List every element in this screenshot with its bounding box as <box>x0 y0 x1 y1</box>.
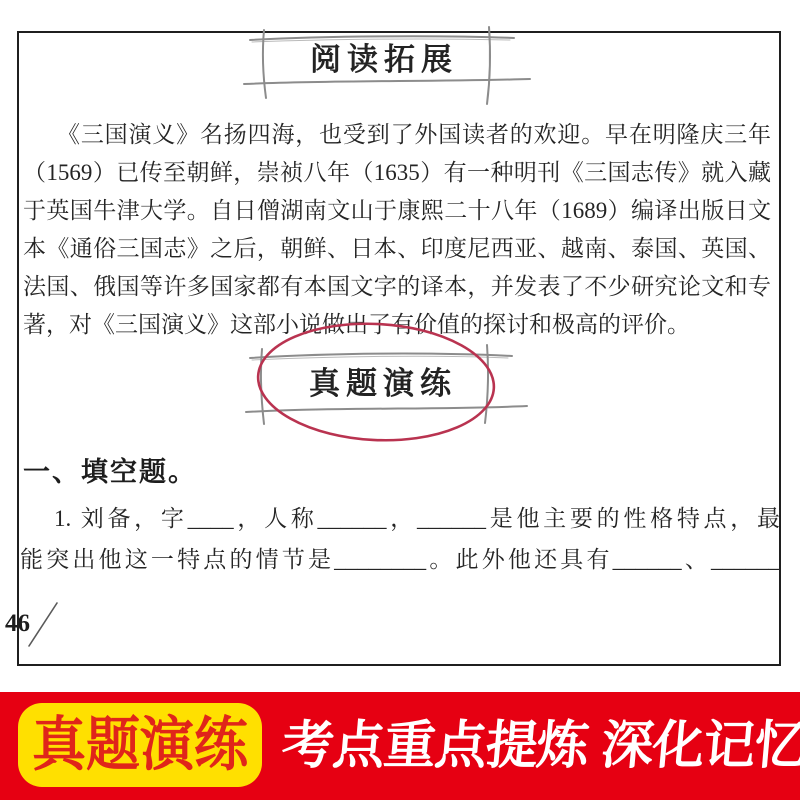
paragraph-line: （1569）已传至朝鲜，崇祯八年（1635）有一种明刊《三国志传》就入藏 <box>23 154 771 192</box>
reading-expansion-title: 阅读拓展 <box>304 44 458 75</box>
paragraph-line: 著，对《三国演义》这部小说做出了有价值的探讨和极高的评价。 <box>23 306 771 344</box>
paragraph-line: 《三国演义》名扬四海，也受到了外国读者的欢迎。早在明隆庆三年 <box>23 116 771 154</box>
exam-practice-title: 真题演练 <box>303 368 457 399</box>
banner-headline: 考点重点提炼 深化记忆 <box>277 692 786 800</box>
exam-practice-title-box: 真题演练 <box>260 356 500 410</box>
paragraph-line: 法国、俄国等许多国家都有本国文字的译本，并发表了不少研究论文和专 <box>23 268 771 306</box>
reading-expansion-title-box: 阅读拓展 <box>258 34 504 84</box>
banner-badge: 真题演练 <box>18 703 262 787</box>
fill-in-blanks-heading: 一、填空题。 <box>23 450 197 489</box>
page-number: 46 <box>5 610 30 638</box>
paragraph-line: 于英国牛津大学。自日僧湖南文山于康熙二十八年（1689）编译出版日文 <box>23 192 771 230</box>
question-block: 1. 刘备，字____，人称______，______是他主要的性格特点，最 能… <box>20 498 780 580</box>
question-line: 1. 刘备，字____，人称______，______是他主要的性格特点，最 <box>20 498 780 539</box>
reading-expansion-paragraph: 《三国演义》名扬四海，也受到了外国读者的欢迎。早在明隆庆三年 （1569）已传至… <box>23 116 771 344</box>
banner-badge-label: 真题演练 <box>32 716 248 774</box>
question-line: 能突出他这一特点的情节是________。此外他还具有______、______ <box>20 539 780 580</box>
bottom-promo-banner: 真题演练 考点重点提炼 深化记忆 <box>0 692 800 800</box>
paragraph-line: 本《通俗三国志》之后，朝鲜、日本、印度尼西亚、越南、泰国、英国、 <box>23 230 771 268</box>
